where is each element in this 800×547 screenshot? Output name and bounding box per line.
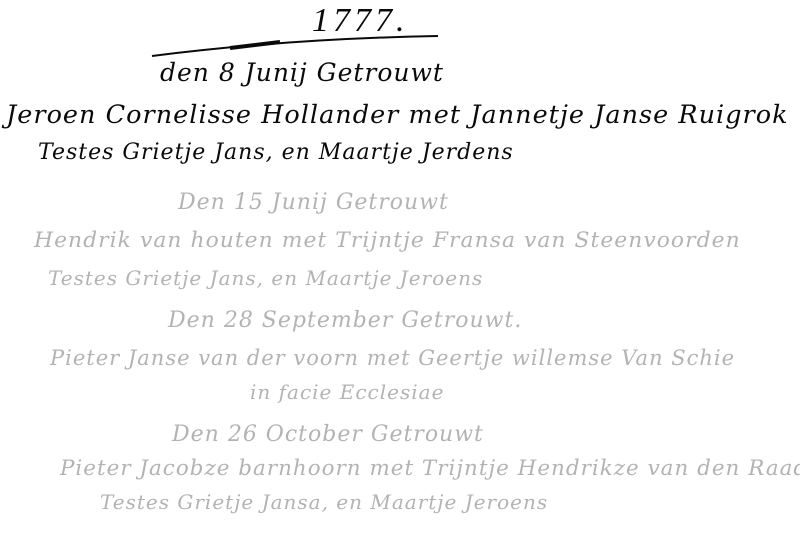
entry-3-note: in facie Ecclesiae (250, 380, 444, 404)
entry-2-heading: Den 15 Junij Getrouwt (178, 190, 449, 215)
entry-4-couple: Pieter Jacobze barnhoorn met Trijntje He… (60, 456, 800, 480)
entry-1-couple: Jeroen Cornelisse Hollander met Jannetje… (6, 100, 789, 129)
register-page: 1777. den 8 Junij Getrouwt Jeroen Cornel… (0, 0, 800, 547)
flourish-underline-decoration (150, 34, 440, 60)
entry-4-witnesses: Testes Grietje Jansa, en Maartje Jeroens (100, 490, 548, 514)
entry-2-couple: Hendrik van houten met Trijntje Fransa v… (34, 228, 741, 252)
entry-1-heading: den 8 Junij Getrouwt (160, 58, 444, 87)
entry-4-heading: Den 26 October Getrouwt (172, 422, 484, 447)
entry-1-witnesses: Testes Grietje Jans, en Maartje Jerdens (38, 140, 514, 165)
entry-3-heading: Den 28 September Getrouwt. (168, 308, 522, 333)
entry-3-couple: Pieter Janse van der voorn met Geertje w… (50, 346, 735, 370)
entry-2-witnesses: Testes Grietje Jans, en Maartje Jeroens (48, 266, 483, 290)
